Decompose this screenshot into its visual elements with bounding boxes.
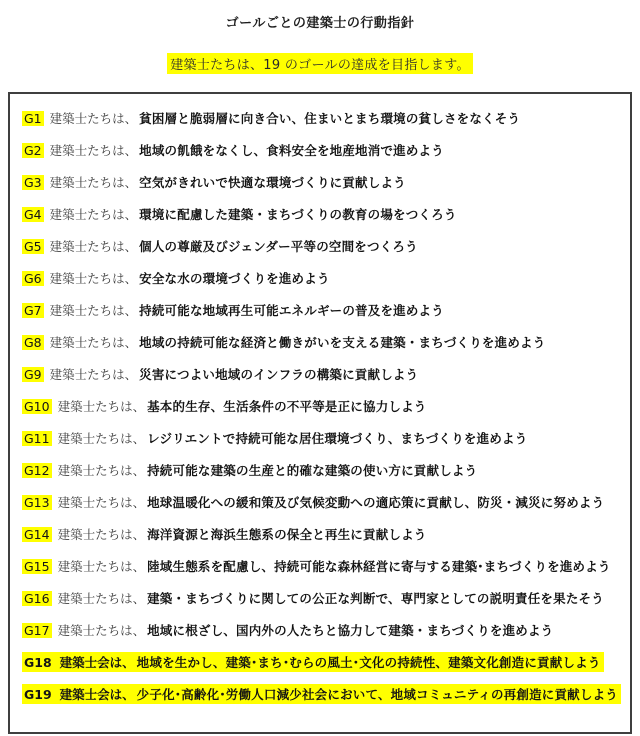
goal-prefix: 建築士たちは、 xyxy=(58,621,146,639)
goal-prefix: 建築士たちは、 xyxy=(50,301,138,319)
goal-text: 環境に配慮した建築・まちづくりの教育の場をつくろう xyxy=(139,205,456,223)
goal-id-badge: G12 xyxy=(22,463,52,478)
goal-text: 持続可能な建築の生産と的確な建築の使い方に貢献しよう xyxy=(147,461,477,479)
goal-prefix: 建築士会は、 xyxy=(60,653,135,671)
goal-row: G3建築士たちは、空気がきれいで快適な環境づくりに貢献しよう xyxy=(22,166,620,198)
goal-row: G13建築士たちは、地球温暖化への緩和策及び気候変動への適応策に貢献し、防災・減… xyxy=(22,486,620,518)
goal-text: 安全な水の環境づくりを進めよう xyxy=(139,269,330,287)
goal-text: 地域の持続可能な経済と働きがいを支える建築・まちづくりを進めよう xyxy=(139,333,545,351)
goal-prefix: 建築士たちは、 xyxy=(58,429,146,447)
goal-id-badge: G16 xyxy=(22,591,52,606)
goal-id-badge: G5 xyxy=(22,239,44,254)
goal-prefix: 建築士たちは、 xyxy=(50,173,138,191)
goal-id-badge: G3 xyxy=(22,175,44,190)
goal-row: G16建築士たちは、建築・まちづくりに関しての公正な判断で、専門家としての説明責… xyxy=(22,582,620,614)
goal-prefix: 建築士たちは、 xyxy=(58,493,146,511)
goal-prefix: 建築士会は、 xyxy=(60,685,135,703)
page-title: ゴールごとの建築士の行動指針 xyxy=(0,0,640,31)
goal-text: 地域を生かし、建築･まち･むらの風土･文化の持続性、建築文化創造に貢献しよう xyxy=(137,653,601,671)
goal-text: レジリエントで持続可能な居住環境づくり、まちづくりを進めよう xyxy=(147,429,527,447)
goal-prefix: 建築士たちは、 xyxy=(50,141,138,159)
goal-id-badge: G4 xyxy=(22,207,44,222)
goal-highlight-band: G19建築士会は、少子化･高齢化･労働人口減少社会において、地域コミュニティの再… xyxy=(22,684,621,704)
goal-text: 持続可能な地域再生可能エネルギーの普及を進めよう xyxy=(139,301,444,319)
goal-row: G19建築士会は、少子化･高齢化･労働人口減少社会において、地域コミュニティの再… xyxy=(22,678,620,710)
goal-row: G2建築士たちは、地域の飢餓をなくし、食料安全を地産地消で進めよう xyxy=(22,134,620,166)
goal-row: G17建築士たちは、地域に根ざし、国内外の人たちと協力して建築・まちづくりを進め… xyxy=(22,614,620,646)
goal-prefix: 建築士たちは、 xyxy=(58,525,146,543)
goal-text: 陸域生態系を配慮し、持続可能な森林経営に寄与する建築･まちづくりを進めよう xyxy=(147,557,611,575)
goals-box: G1建築士たちは、貧困層と脆弱層に向き合い、住まいとまち環境の貧しさをなくそうG… xyxy=(8,92,632,734)
goal-row: G7建築士たちは、持続可能な地域再生可能エネルギーの普及を進めよう xyxy=(22,294,620,326)
goal-row: G14建築士たちは、海洋資源と海浜生態系の保全と再生に貢献しよう xyxy=(22,518,620,550)
goal-row: G15建築士たちは、陸域生態系を配慮し、持続可能な森林経営に寄与する建築･まちづ… xyxy=(22,550,620,582)
goal-text: 地域の飢餓をなくし、食料安全を地産地消で進めよう xyxy=(139,141,444,159)
goal-prefix: 建築士たちは、 xyxy=(58,461,146,479)
goal-prefix: 建築士たちは、 xyxy=(50,365,138,383)
goal-id-badge: G2 xyxy=(22,143,44,158)
goal-row: G12建築士たちは、持続可能な建築の生産と的確な建築の使い方に貢献しよう xyxy=(22,454,620,486)
goal-row: G5建築士たちは、個人の尊厳及びジェンダー平等の空間をつくろう xyxy=(22,230,620,262)
goal-id-badge: G14 xyxy=(22,527,52,542)
goal-text: 貧困層と脆弱層に向き合い、住まいとまち環境の貧しさをなくそう xyxy=(139,109,520,127)
goal-prefix: 建築士たちは、 xyxy=(50,237,138,255)
goal-row: G1建築士たちは、貧困層と脆弱層に向き合い、住まいとまち環境の貧しさをなくそう xyxy=(22,102,620,134)
goal-id-badge: G18 xyxy=(22,655,54,670)
goal-id-badge: G10 xyxy=(22,399,52,414)
goal-row: G10建築士たちは、基本的生存、生活条件の不平等是正に協力しよう xyxy=(22,390,620,422)
subtitle-row: 建築士たちは、19 のゴールの達成を目指します。 xyxy=(0,53,640,74)
goal-id-badge: G6 xyxy=(22,271,44,286)
goal-id-badge: G19 xyxy=(22,687,54,702)
goal-row: G18建築士会は、地域を生かし、建築･まち･むらの風土･文化の持続性、建築文化創… xyxy=(22,646,620,678)
goal-prefix: 建築士たちは、 xyxy=(58,397,146,415)
goal-text: 少子化･高齢化･労働人口減少社会において、地域コミュニティの再創造に貢献しよう xyxy=(137,685,618,703)
goal-text: 個人の尊厳及びジェンダー平等の空間をつくろう xyxy=(139,237,418,255)
goal-id-badge: G13 xyxy=(22,495,52,510)
goal-prefix: 建築士たちは、 xyxy=(50,269,138,287)
goal-highlight-band: G18建築士会は、地域を生かし、建築･まち･むらの風土･文化の持続性、建築文化創… xyxy=(22,652,604,672)
page-subtitle: 建築士たちは、19 のゴールの達成を目指します。 xyxy=(167,53,473,74)
goal-row: G6建築士たちは、安全な水の環境づくりを進めよう xyxy=(22,262,620,294)
goal-text: 建築・まちづくりに関しての公正な判断で、専門家としての説明責任を果たそう xyxy=(147,589,604,607)
goal-prefix: 建築士たちは、 xyxy=(58,557,146,575)
goal-id-badge: G9 xyxy=(22,367,44,382)
goal-prefix: 建築士たちは、 xyxy=(50,333,138,351)
goal-id-badge: G15 xyxy=(22,559,52,574)
goal-text: 地域に根ざし、国内外の人たちと協力して建築・まちづくりを進めよう xyxy=(147,621,553,639)
goal-prefix: 建築士たちは、 xyxy=(50,205,138,223)
goal-text: 地球温暖化への緩和策及び気候変動への適応策に貢献し、防災・減災に努めよう xyxy=(147,493,604,511)
goal-row: G9建築士たちは、災害につよい地域のインフラの構築に貢献しよう xyxy=(22,358,620,390)
goal-id-badge: G1 xyxy=(22,111,44,126)
goal-row: G8建築士たちは、地域の持続可能な経済と働きがいを支える建築・まちづくりを進めよ… xyxy=(22,326,620,358)
goal-text: 基本的生存、生活条件の不平等是正に協力しよう xyxy=(147,397,426,415)
goal-id-badge: G17 xyxy=(22,623,52,638)
goal-prefix: 建築士たちは、 xyxy=(58,589,146,607)
goal-id-badge: G11 xyxy=(22,431,52,446)
goal-text: 空気がきれいで快適な環境づくりに貢献しよう xyxy=(139,173,406,191)
goal-id-badge: G7 xyxy=(22,303,44,318)
goal-text: 海洋資源と海浜生態系の保全と再生に貢献しよう xyxy=(147,525,426,543)
document-page: ゴールごとの建築士の行動指針 建築士たちは、19 のゴールの達成を目指します。 … xyxy=(0,0,640,736)
goal-text: 災害につよい地域のインフラの構築に貢献しよう xyxy=(139,365,418,383)
goal-id-badge: G8 xyxy=(22,335,44,350)
goal-prefix: 建築士たちは、 xyxy=(50,109,138,127)
goal-row: G11建築士たちは、レジリエントで持続可能な居住環境づくり、まちづくりを進めよう xyxy=(22,422,620,454)
goal-row: G4建築士たちは、環境に配慮した建築・まちづくりの教育の場をつくろう xyxy=(22,198,620,230)
